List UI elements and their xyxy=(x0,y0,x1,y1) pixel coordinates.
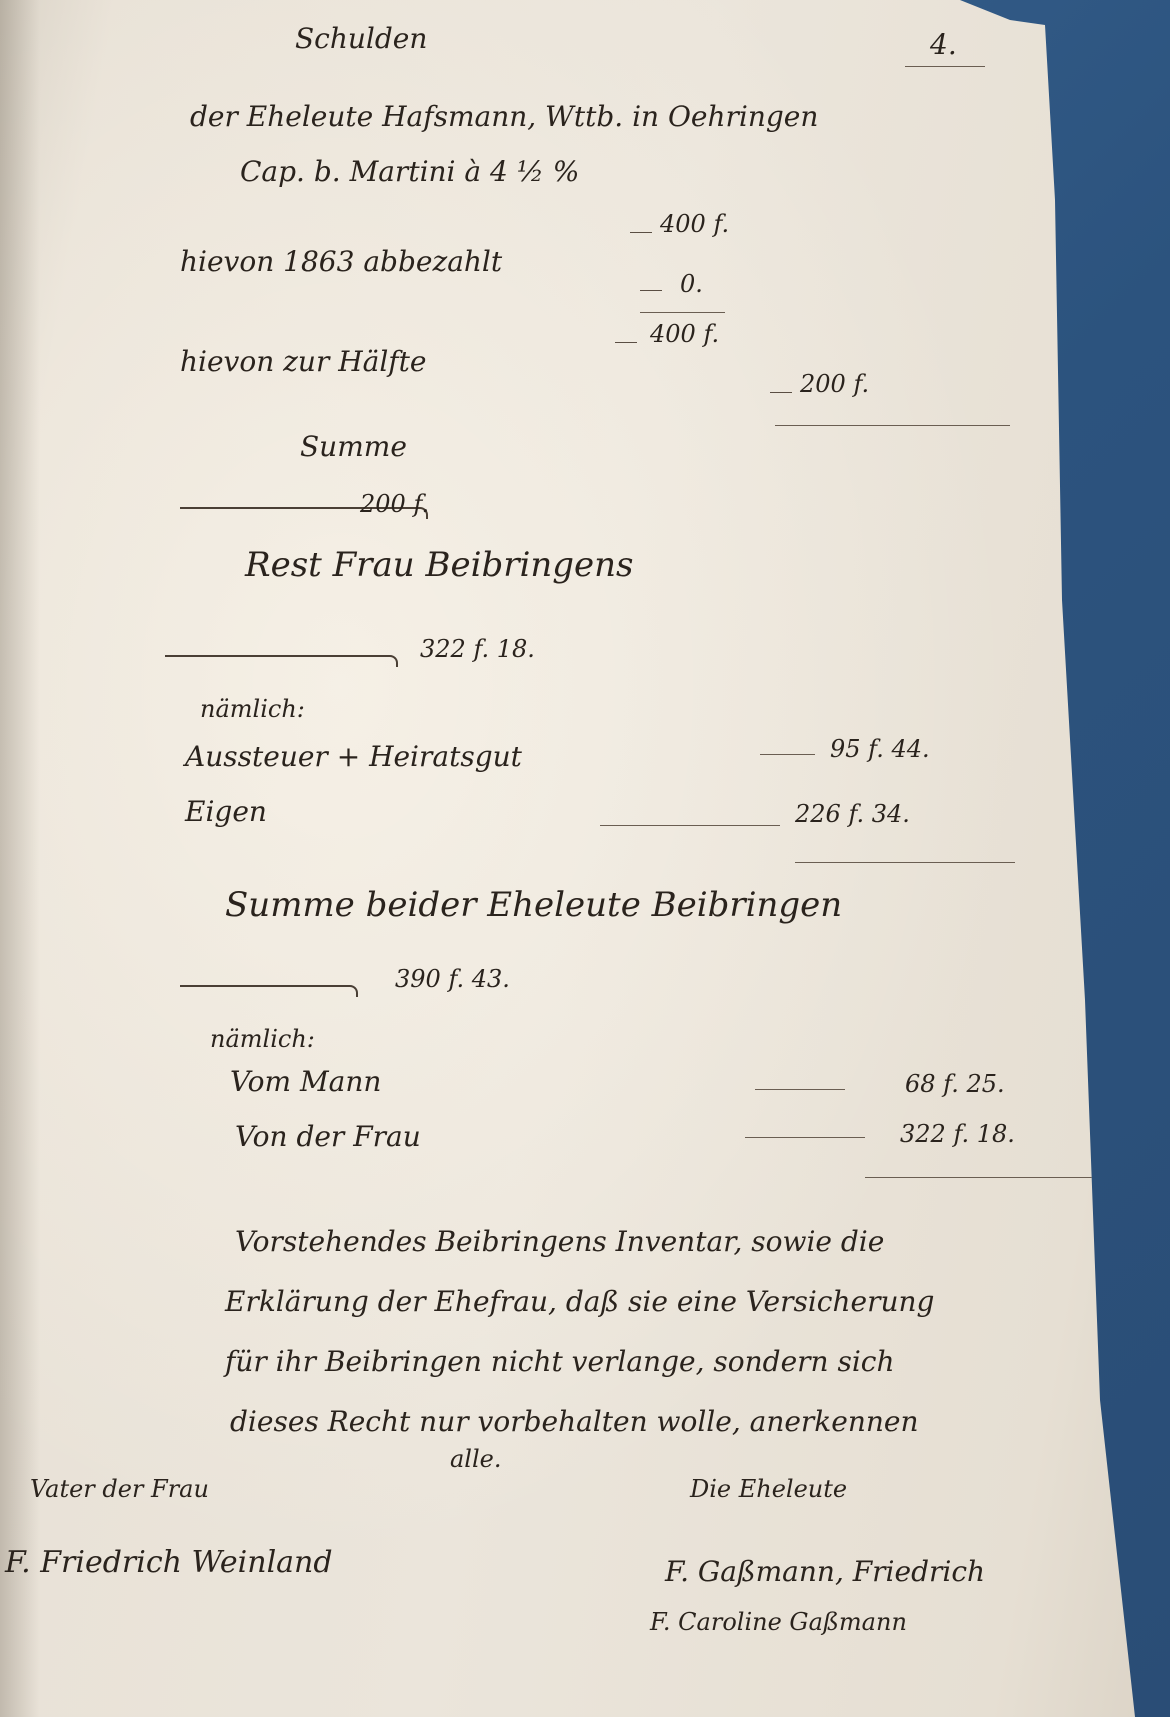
naemlich-label-1: nämlich: xyxy=(200,695,305,723)
ledger-amount-3: 400 f. xyxy=(650,320,719,348)
page-number-underline xyxy=(905,66,985,67)
signature-label-left: Vater der Frau xyxy=(30,1475,209,1503)
rest-heading: Rest Frau Beibringens xyxy=(245,545,633,585)
declaration-line-4: dieses Recht nur vorbehalten wolle, aner… xyxy=(230,1405,919,1438)
section-rule-1 xyxy=(775,425,1010,426)
dash xyxy=(630,232,652,233)
total-item-1-label: Vom Mann xyxy=(230,1065,381,1098)
signature-right-2: F. Caroline Gaßmann xyxy=(650,1608,907,1636)
dash-line xyxy=(755,1089,845,1090)
section-rule-2 xyxy=(795,862,1015,863)
summe-label: Summe xyxy=(300,430,407,463)
dash-line xyxy=(745,1137,865,1138)
declaration-line-3: für ihr Beibringen nicht verlange, sonde… xyxy=(225,1345,895,1378)
ledger-label-2: hievon 1863 abbezahlt xyxy=(180,245,502,278)
dash xyxy=(770,392,792,393)
page-number: 4. xyxy=(930,28,957,61)
dash-line xyxy=(600,825,780,826)
dash xyxy=(615,342,637,343)
manuscript-page: 4. Schulden der Eheleute Hafsmann, Wttb.… xyxy=(0,0,1135,1717)
rest-rule xyxy=(165,655,390,657)
ledger-amount-4: 200 f. xyxy=(800,370,869,398)
ledger-amount-1: 400 f. xyxy=(660,210,729,238)
rest-item-2-label: Eigen xyxy=(185,795,267,828)
total-item-2-label: Von der Frau xyxy=(235,1120,421,1153)
declaration-line-2: Erklärung der Ehefrau, daß sie eine Vers… xyxy=(225,1285,934,1318)
naemlich-label-2: nämlich: xyxy=(210,1025,315,1053)
heading-schulden: Schulden xyxy=(295,22,427,55)
total-item-1-amount: 68 f. 25. xyxy=(905,1070,1005,1098)
declaration-line-1: Vorstehendes Beibringens Inventar, sowie… xyxy=(235,1225,884,1258)
subtotal-rule xyxy=(640,312,725,313)
rest-item-2-amount: 226 f. 34. xyxy=(795,800,910,828)
total-heading: Summe beider Eheleute Beibringen xyxy=(225,885,842,925)
summe-amount: 200 f. xyxy=(360,490,429,518)
rest-amount: 322 f. 18. xyxy=(420,635,535,663)
dash xyxy=(640,290,662,291)
ledger-amount-2: 0. xyxy=(680,270,703,298)
total-rule xyxy=(180,985,350,987)
signature-left: F. Friedrich Weinland xyxy=(5,1545,333,1580)
debt-line-2: Cap. b. Martini à 4 ½ % xyxy=(240,155,579,188)
signature-right-1: F. Gaßmann, Friedrich xyxy=(665,1555,985,1588)
debt-line-1: der Eheleute Hafsmann, Wttb. in Oehringe… xyxy=(190,100,818,133)
total-item-2-amount: 322 f. 18. xyxy=(900,1120,1015,1148)
dash-line xyxy=(760,754,815,755)
declaration-end: alle. xyxy=(450,1445,502,1473)
rest-item-1-amount: 95 f. 44. xyxy=(830,735,930,763)
rest-item-1-label: Aussteuer + Heiratsgut xyxy=(185,740,522,773)
signature-label-right: Die Eheleute xyxy=(690,1475,847,1503)
total-amount: 390 f. 43. xyxy=(395,965,510,993)
ledger-label-4: hievon zur Hälfte xyxy=(180,345,427,378)
